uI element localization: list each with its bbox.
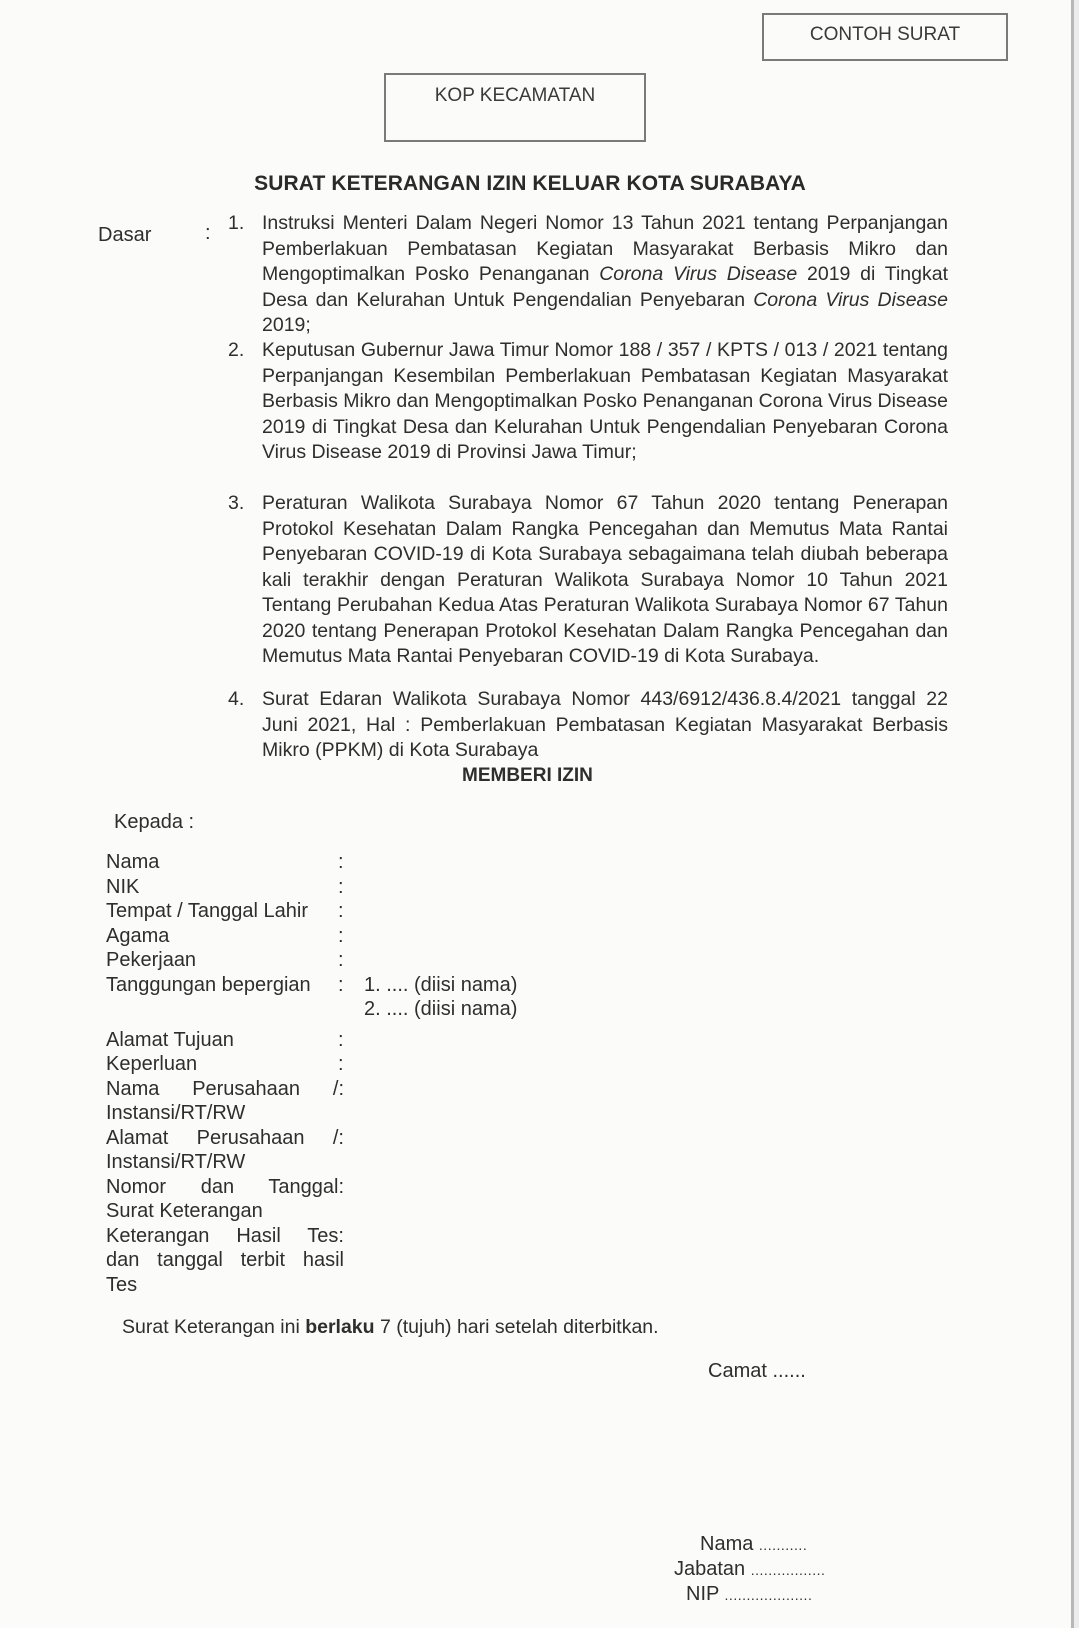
field-label: Nama [106, 850, 344, 875]
validity-prefix: Surat Keterangan ini [122, 1316, 305, 1338]
field-row: Keperluan: [106, 1052, 626, 1077]
field-label: Tes [106, 1273, 344, 1298]
field-colon: : [338, 924, 344, 949]
item-text: Keputusan Gubernur Jawa Timur Nomor 188 … [262, 338, 948, 466]
validity-bold: berlaku [305, 1316, 374, 1338]
signature-position-dots: ................. [751, 1562, 826, 1578]
field-row: Alamat Tujuan: [106, 1028, 626, 1053]
field-colon: : [338, 899, 344, 924]
field-row: dan tanggal terbit hasil [106, 1248, 626, 1273]
legal-basis-item: 4. Surat Edaran Walikota Surabaya Nomor … [228, 687, 948, 764]
validity-statement: Surat Keterangan ini berlaku 7 (tujuh) h… [122, 1316, 659, 1339]
field-colon: : [338, 1028, 344, 1053]
field-row: Tempat / Tanggal Lahir: [106, 899, 626, 924]
field-row: Instansi/RT/RW [106, 1150, 626, 1175]
validity-suffix: 7 (tujuh) hari setelah diterbitkan. [375, 1316, 659, 1338]
field-row: Keterangan Hasil Tes: [106, 1224, 626, 1249]
item-number: 2. [228, 338, 260, 364]
item-text: Peraturan Walikota Surabaya Nomor 67 Tah… [262, 491, 948, 670]
dasar-label: Dasar [98, 224, 151, 247]
page-edge-shadow [1074, 0, 1079, 1628]
field-row: Tes [106, 1273, 626, 1298]
signature-name-dots: ........... [759, 1537, 807, 1553]
letterhead-placeholder: KOP KECAMATAN [384, 73, 646, 142]
field-row: Surat Keterangan [106, 1199, 626, 1224]
field-label: Instansi/RT/RW [106, 1150, 344, 1175]
legal-basis-item: 3. Peraturan Walikota Surabaya Nomor 67 … [228, 491, 948, 670]
field-row: NIK: [106, 875, 626, 900]
signature-nip-dots: .................... [725, 1587, 813, 1603]
field-label: Tanggungan bepergian [106, 973, 344, 998]
field-label [106, 997, 344, 1022]
field-label: Alamat Tujuan [106, 1028, 344, 1053]
signature-nip: NIP .................... [686, 1583, 812, 1606]
field-row: Agama: [106, 924, 626, 949]
legal-basis-item: 2. Keputusan Gubernur Jawa Timur Nomor 1… [228, 338, 948, 466]
field-label: Pekerjaan [106, 948, 344, 973]
signature-name-label: Nama [700, 1533, 753, 1555]
field-row: Pekerjaan: [106, 948, 626, 973]
item-text: Instruksi Menteri Dalam Negeri Nomor 13 … [262, 211, 948, 339]
field-label: Alamat Perusahaan /: [106, 1126, 344, 1151]
field-row: Alamat Perusahaan /: [106, 1126, 626, 1151]
dasar-colon: : [205, 222, 211, 245]
item-number: 4. [228, 687, 260, 713]
field-colon: : [338, 850, 344, 875]
signature-position-label: Jabatan [674, 1558, 745, 1580]
field-colon: : [338, 875, 344, 900]
field-value: 1. .... (diisi nama) [364, 973, 517, 998]
field-row: Nama Perusahaan /: [106, 1077, 626, 1102]
field-label: Keperluan [106, 1052, 344, 1077]
recipient-fields: Nama:NIK:Tempat / Tanggal Lahir:Agama:Pe… [106, 850, 626, 1297]
field-colon: : [338, 973, 344, 998]
field-colon: : [338, 948, 344, 973]
field-label: Tempat / Tanggal Lahir [106, 899, 344, 924]
field-label: Keterangan Hasil Tes: [106, 1224, 344, 1249]
field-value: 2. .... (diisi nama) [364, 997, 517, 1022]
signature-nip-label: NIP [686, 1583, 719, 1605]
document-title: SURAT KETERANGAN IZIN KELUAR KOTA SURABA… [0, 172, 1060, 196]
field-row: Instansi/RT/RW [106, 1101, 626, 1126]
field-label: Agama [106, 924, 344, 949]
signature-name: Nama ........... [700, 1533, 807, 1556]
item-text: Surat Edaran Walikota Surabaya Nomor 443… [262, 687, 948, 764]
field-label: Nomor dan Tanggal: [106, 1175, 344, 1200]
grant-heading: MEMBERI IZIN [462, 765, 593, 787]
field-label: Nama Perusahaan /: [106, 1077, 344, 1102]
field-row: 2. .... (diisi nama) [106, 997, 626, 1022]
sample-letter-label: CONTOH SURAT [762, 13, 1008, 61]
field-row: Nama: [106, 850, 626, 875]
signature-position: Jabatan ................. [674, 1558, 825, 1581]
field-label: Instansi/RT/RW [106, 1101, 344, 1126]
recipient-label: Kepada : [114, 811, 194, 834]
field-label: NIK [106, 875, 344, 900]
item-number: 3. [228, 491, 260, 517]
field-label: dan tanggal terbit hasil [106, 1248, 344, 1273]
field-label: Surat Keterangan [106, 1199, 344, 1224]
field-row: Nomor dan Tanggal: [106, 1175, 626, 1200]
signatory-title: Camat ...... [708, 1360, 806, 1383]
field-colon: : [338, 1052, 344, 1077]
item-number: 1. [228, 211, 260, 237]
legal-basis-item: 1. Instruksi Menteri Dalam Negeri Nomor … [228, 211, 948, 339]
field-row: Tanggungan bepergian:1. .... (diisi nama… [106, 973, 626, 998]
